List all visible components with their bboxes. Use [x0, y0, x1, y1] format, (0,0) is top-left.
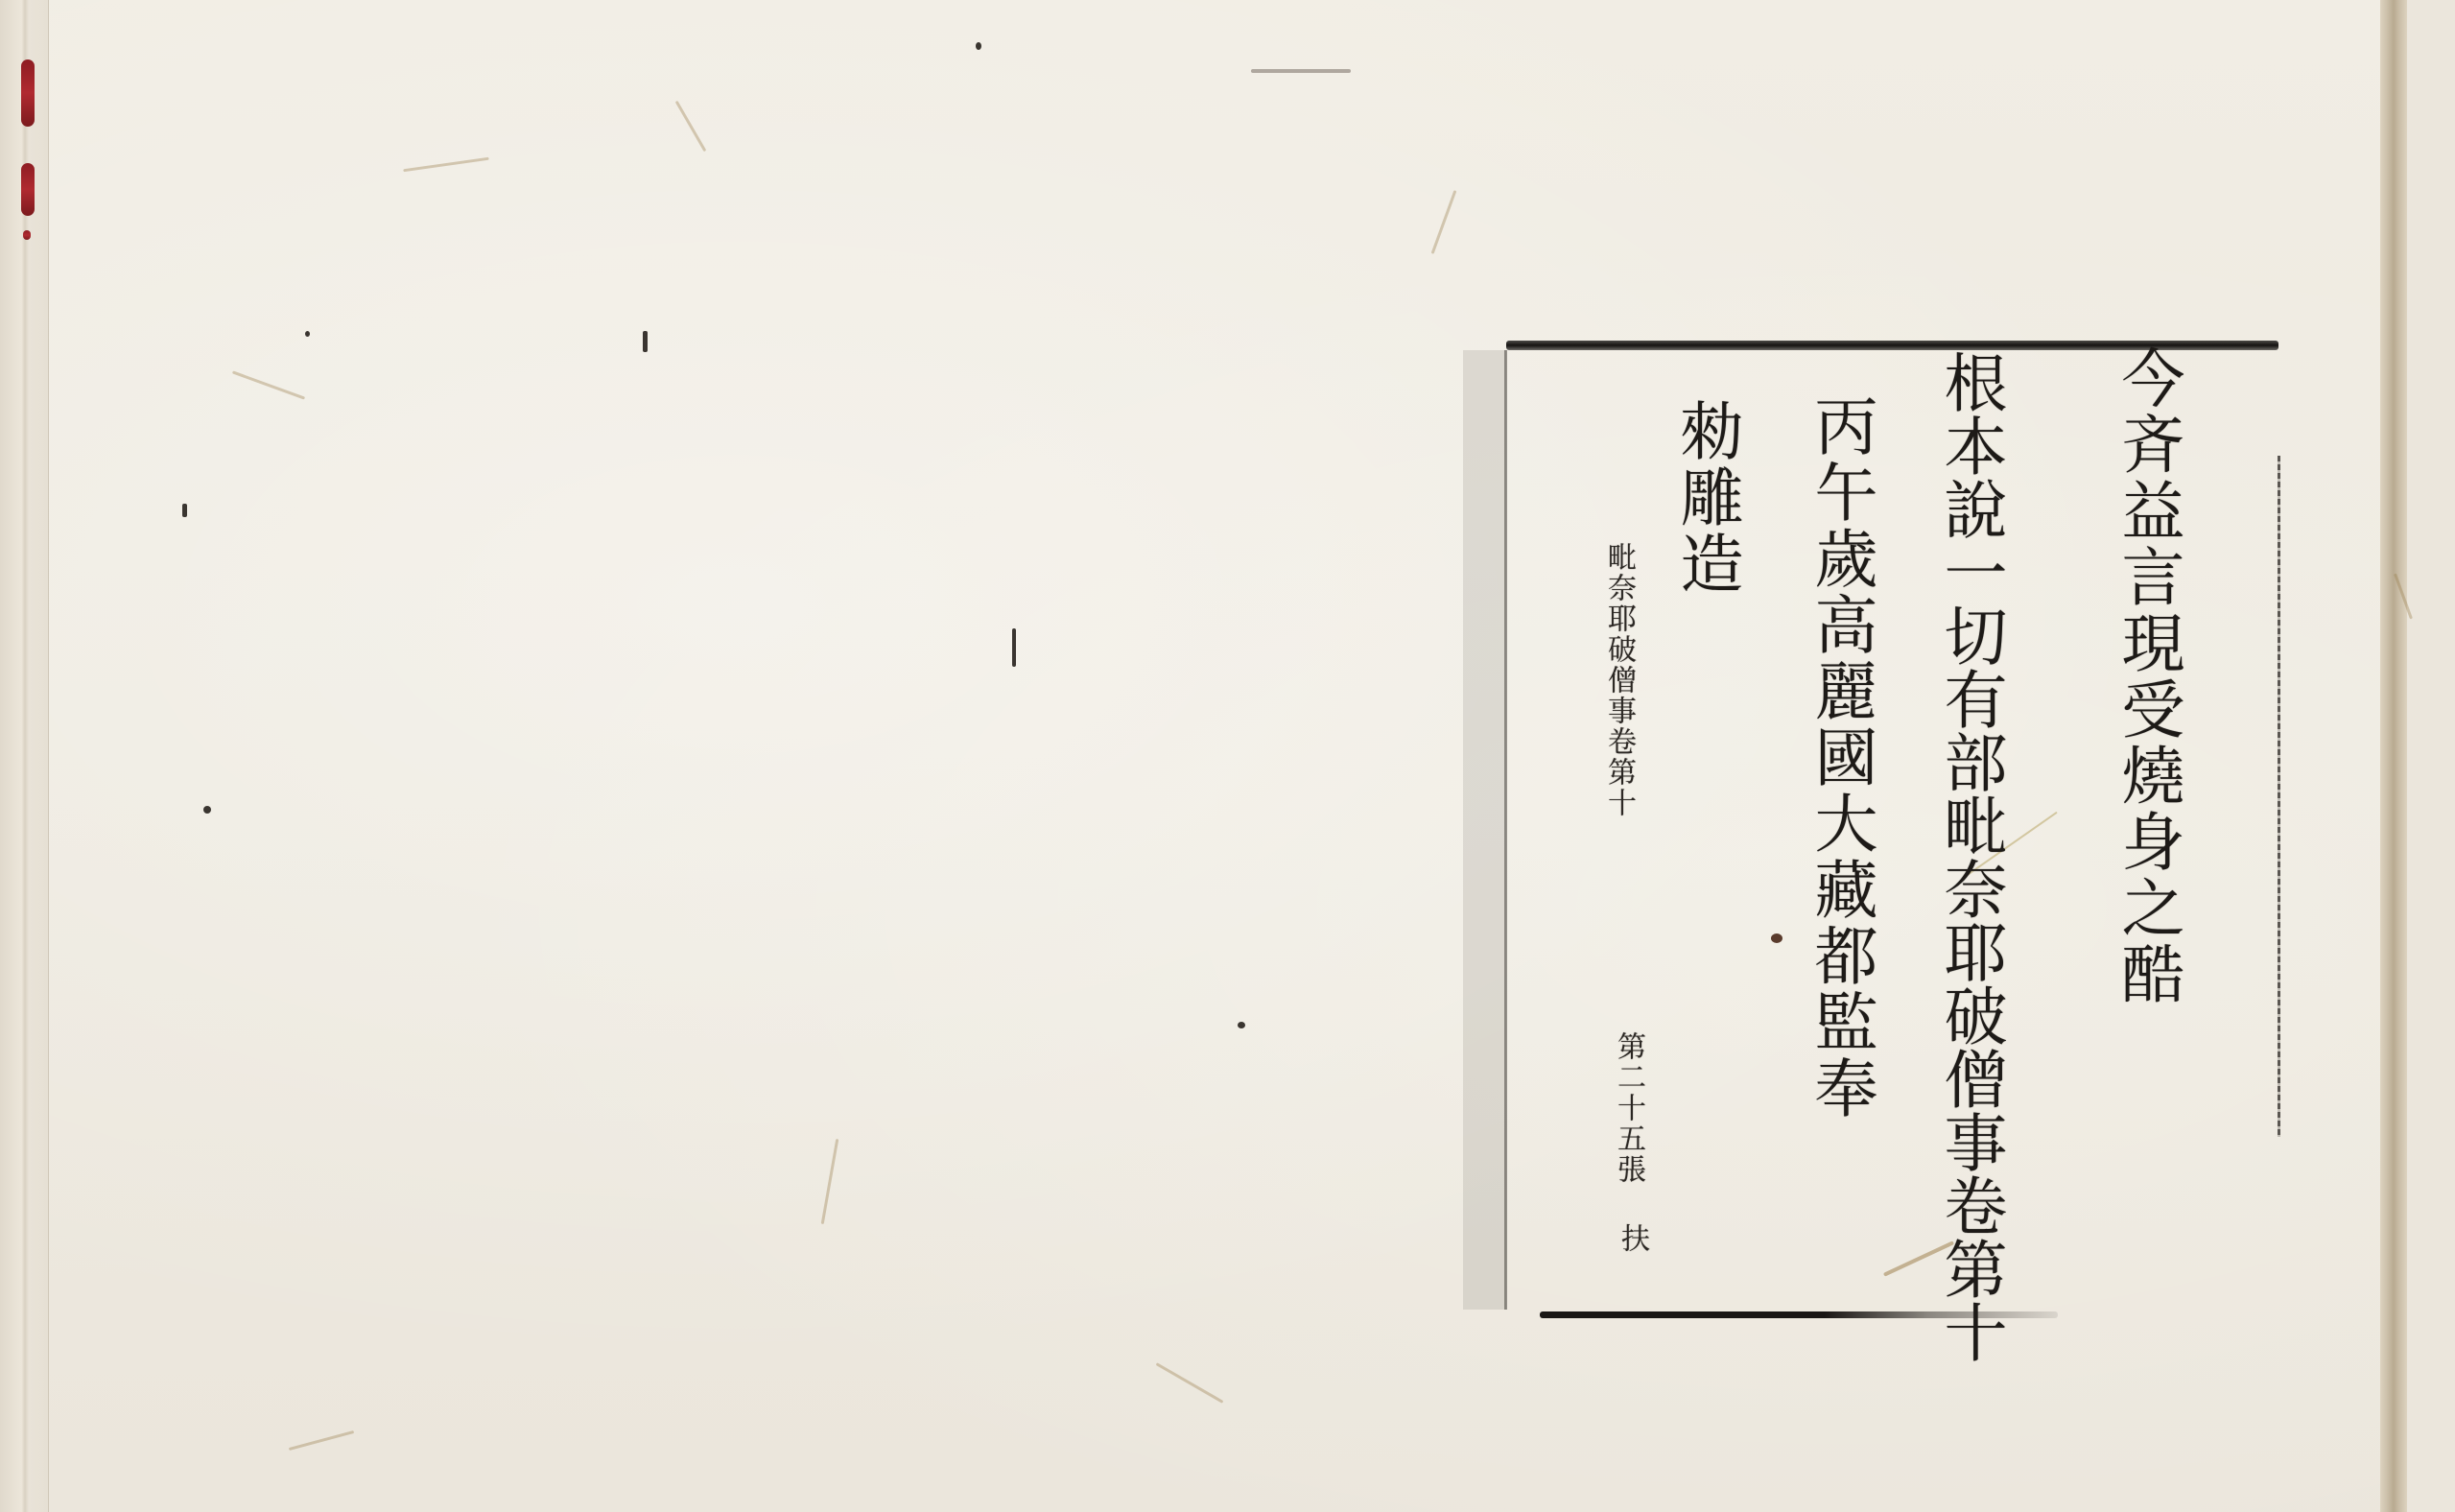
paper-speck [203, 806, 211, 814]
paper-speck [976, 42, 981, 50]
sutra-title-column: 根本說一切有部毗奈耶破僧事卷第十 [1938, 350, 2001, 1363]
paper-fiber [675, 101, 707, 152]
sheet-number-column: 第二十五張 [1614, 1031, 1642, 1185]
paper-fiber [1431, 190, 1457, 254]
paper-fiber [1156, 1362, 1224, 1404]
paper-fiber [821, 1139, 839, 1224]
document-scan: 今斉益言現受燒身之酷 根本說一切有部毗奈耶破僧事卷第十 丙午歲高麗國大藏都監奉 … [0, 0, 2455, 1512]
paper-speck [1012, 628, 1016, 667]
frame-shadow [1463, 350, 1506, 1310]
next-page-edge [2407, 0, 2455, 1512]
right-fold-edge [2380, 0, 2407, 1512]
ink-mark [1251, 69, 1351, 73]
binding-thread [21, 59, 35, 127]
closing-line-column: 今斉益言現受燒身之酷 [2115, 345, 2179, 1007]
paper-speck [182, 504, 187, 517]
left-binding-edge [0, 0, 49, 1512]
colophon-line-1-column: 丙午歲高麗國大藏都監奉 [1808, 393, 1872, 1122]
paper-speck [305, 331, 310, 337]
colophon-line-2-column: 勑雕造 [1674, 398, 1737, 597]
frame-left-border [1504, 350, 1507, 1310]
margin-title-column: 毗奈耶破僧事卷第十 [1604, 542, 1633, 818]
paper-fiber [232, 370, 305, 399]
paper-fiber [289, 1430, 354, 1451]
paper-fiber [403, 157, 489, 172]
paper-speck [643, 331, 648, 352]
frame-right-border [2278, 456, 2280, 1137]
paper-speck [1238, 1022, 1245, 1028]
binding-thread [21, 163, 35, 216]
binding-thread [23, 230, 31, 240]
case-mark-column: 扶 [1617, 1223, 1646, 1254]
